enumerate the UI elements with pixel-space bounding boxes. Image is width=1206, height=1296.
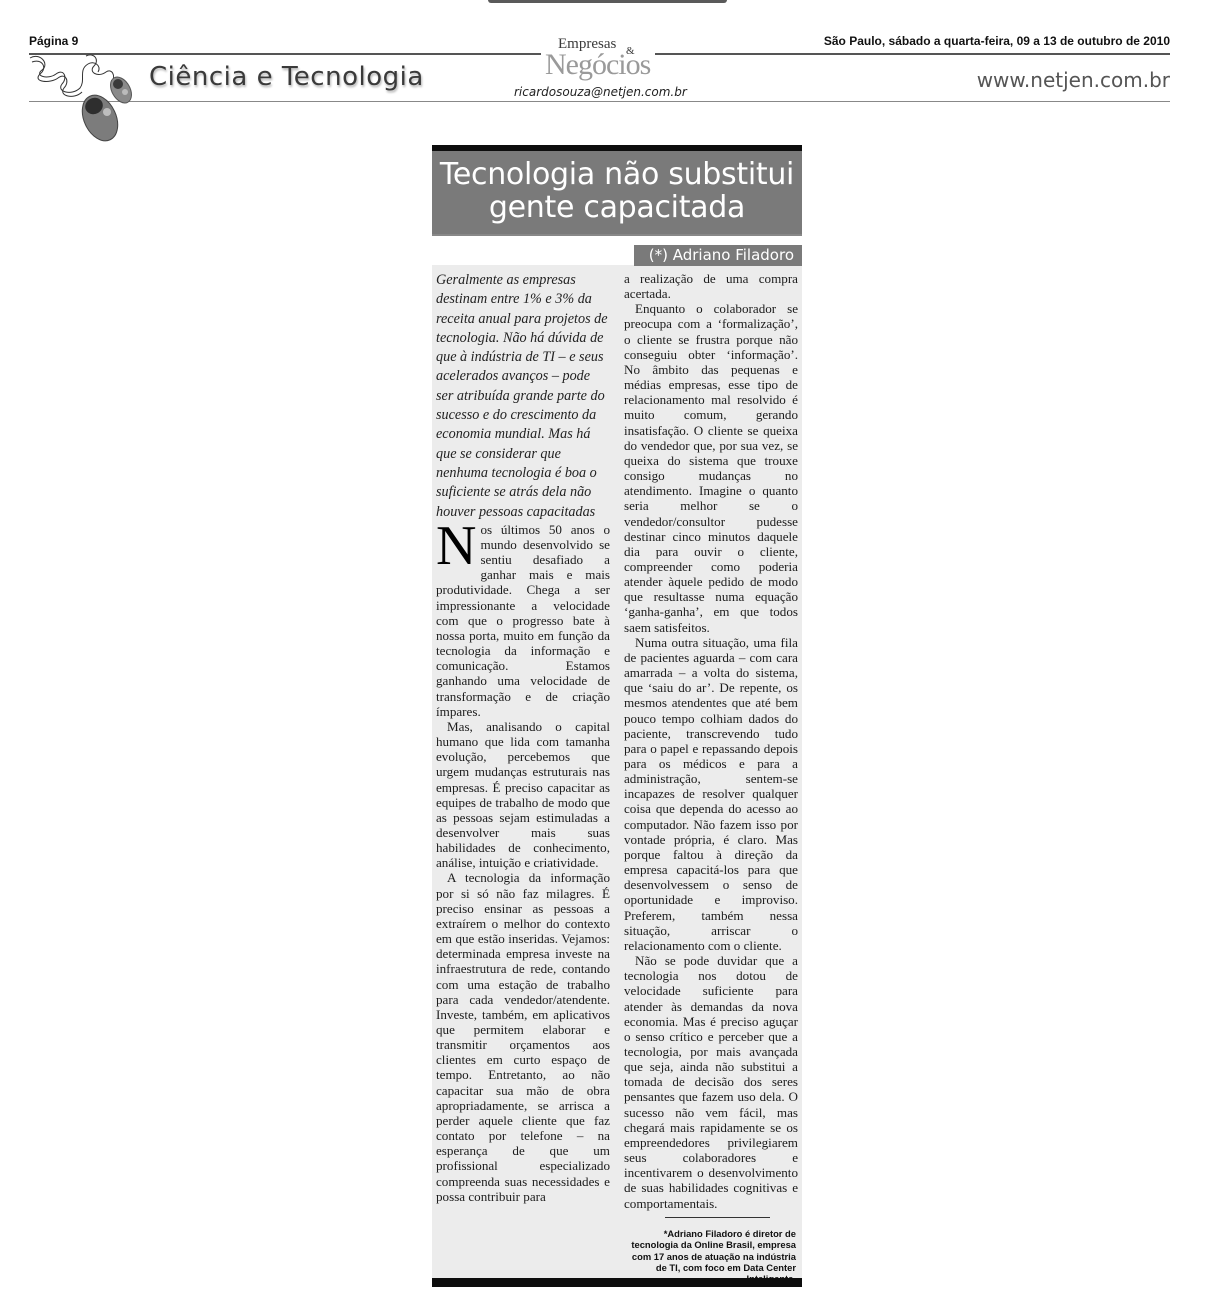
date-line: São Paulo, sábado a quarta-feira, 09 a 1… <box>824 34 1170 48</box>
header-rule-right <box>655 53 1170 55</box>
editor-email[interactable]: ricardosouza@netjen.com.br <box>514 85 687 99</box>
headline: Tecnologia não substitui gente capacitad… <box>432 151 802 234</box>
article: Tecnologia não substitui gente capacitad… <box>432 145 802 1288</box>
computer-mouse-icon <box>28 50 143 145</box>
author-footnote: *Adriano Filadoro é diretor de tecnologi… <box>624 1228 798 1285</box>
article-paragraph: Nos últimos 50 anos o mundo desenvolvido… <box>436 522 610 719</box>
article-paragraph: Mas, analisando o capital humano que lid… <box>436 719 610 871</box>
top-tab-bar <box>488 0 727 3</box>
footnote-rule <box>665 1217 770 1218</box>
article-paragraph: a realização de uma compra acertada. <box>624 271 798 301</box>
site-url-link[interactable]: www.netjen.com.br <box>977 68 1170 92</box>
header-rule-bottom <box>29 101 1170 102</box>
page-number: Página 9 <box>29 34 78 48</box>
brand-logo: Empresas & Negócios <box>540 35 655 85</box>
headline-rule <box>432 234 802 236</box>
article-bottom-rule <box>432 1278 802 1287</box>
section-title: Ciência e Tecnologia <box>149 62 424 92</box>
brand-logo-bottom: Negócios <box>545 48 650 82</box>
article-lead: Geralmente as empresas destinam entre 1%… <box>436 271 610 522</box>
article-column-right: a realização de uma compra acertada. Enq… <box>624 271 798 1285</box>
byline: (*) Adriano Filadoro <box>634 245 802 266</box>
article-paragraph: Numa outra situação, uma fila de pacient… <box>624 635 798 953</box>
article-paragraph: A tecnologia da informação por si só não… <box>436 870 610 1203</box>
article-paragraph: Não se pode duvidar que a tecnologia nos… <box>624 953 798 1211</box>
headline-line-1: Tecnologia não substitui <box>432 158 802 191</box>
headline-line-2: gente capacitada <box>432 191 802 224</box>
article-paragraph: Enquanto o colaborador se preocupa com a… <box>624 301 798 634</box>
drop-cap: N <box>436 524 476 568</box>
article-column-left: Geralmente as empresas destinam entre 1%… <box>436 271 610 1204</box>
